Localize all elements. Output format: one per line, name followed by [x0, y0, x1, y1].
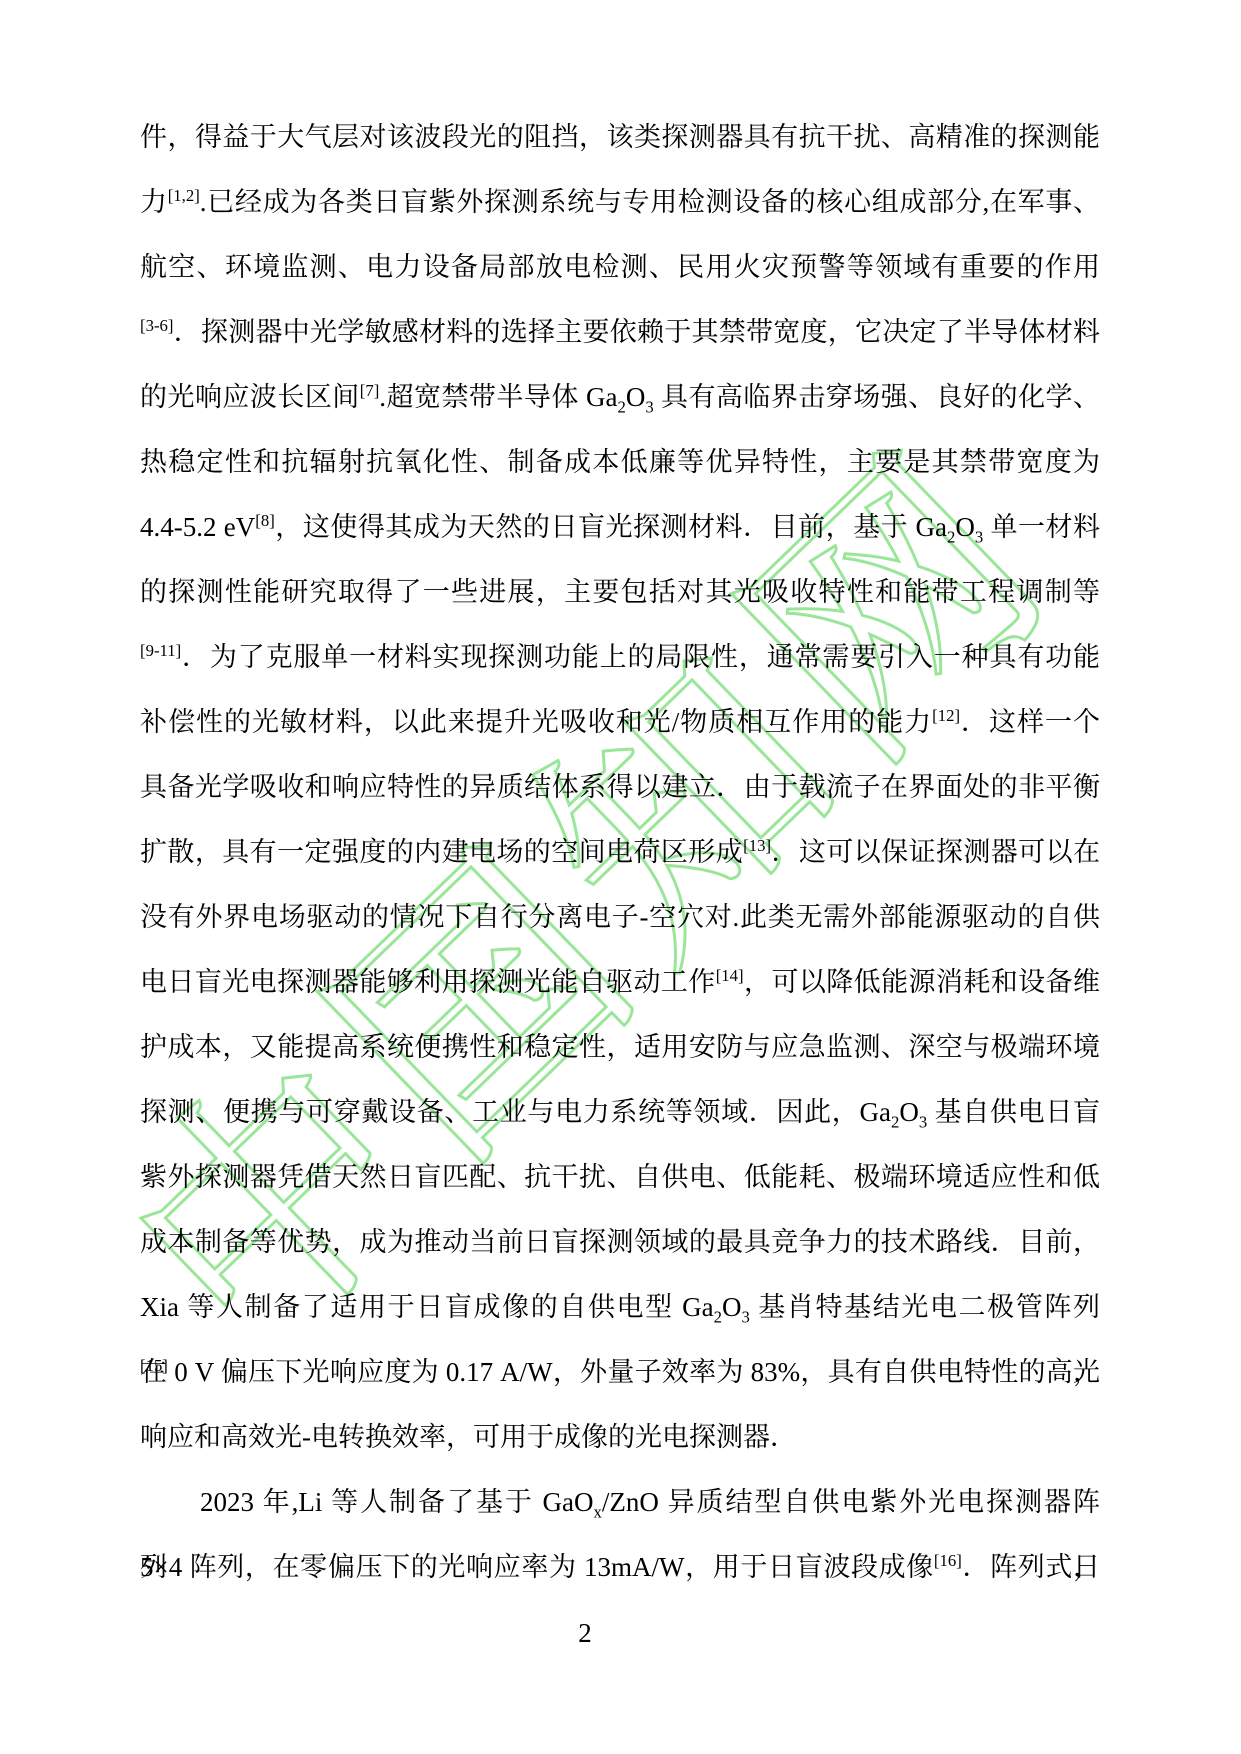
text-run: 电日盲光电探测器能够利用探测光能自驱动工作	[140, 967, 716, 997]
text-line: 5×4 阵列，在零偏压下的光响应率为 13mA/W，用于日盲波段成像[16]．阵…	[140, 1535, 1100, 1600]
text-line: 热稳定性和抗辐射抗氧化性、制备成本低廉等优异特性，主要是其禁带宽度为	[140, 430, 1100, 495]
text-run: 探测、便携与可穿戴设备、工业与电力系统等领域．因此，Ga	[140, 1097, 891, 1127]
chemical-subscript: 3	[975, 527, 983, 546]
text-line: 响应和高效光-电转换效率，可用于成像的光电探测器．	[140, 1405, 1100, 1470]
text-run: ．探测器中光学敏感材料的选择主要依赖于其禁带宽度，它决定了半导体材料	[173, 317, 1100, 347]
text-run: 补偿性的光敏材料，以此来提升光吸收和光/物质相互作用的能力	[140, 707, 932, 737]
text-run: 4.4-5.2 eV	[140, 512, 255, 542]
text-run: O	[626, 382, 646, 412]
citation-superscript: [3-6]	[140, 316, 173, 335]
text-run: 基自供电日盲	[927, 1097, 1100, 1127]
chemical-subscript: 2	[618, 397, 626, 416]
text-run: 的探测性能研究取得了一些进展，主要包括对其光吸收特性和能带工程调制等	[140, 577, 1100, 607]
text-run: 单一材料	[983, 512, 1100, 542]
text-run: 紫外探测器凭借天然日盲匹配、抗干扰、自供电、低能耗、极端环境适应性和低	[140, 1162, 1100, 1192]
citation-superscript: [8]	[255, 511, 275, 530]
text-line: 的探测性能研究取得了一些进展，主要包括对其光吸收特性和能带工程调制等	[140, 560, 1100, 625]
text-line: 紫外探测器凭借天然日盲匹配、抗干扰、自供电、低能耗、极端环境适应性和低	[140, 1145, 1100, 1210]
text-run: 成本制备等优势，成为推动当前日盲探测领域的最具竞争力的技术路线．目前，	[140, 1227, 1100, 1257]
text-line: 成本制备等优势，成为推动当前日盲探测领域的最具竞争力的技术路线．目前，	[140, 1210, 1100, 1275]
document-page: 中国知网 件，得益于大气层对该波段光的阻挡，该类探测器具有抗干扰、高精准的探测能…	[0, 0, 1241, 1754]
citation-superscript: [9-11]	[140, 641, 181, 660]
citation-superscript: [16]	[934, 1551, 962, 1570]
text-line: 具备光学吸收和响应特性的异质结体系得以建立．由于载流子在界面处的非平衡	[140, 755, 1100, 820]
text-line: 4.4-5.2 eV[8]，这使得其成为天然的日盲光探测材料．目前，基于 Ga2…	[140, 495, 1100, 560]
text-run: 护成本，又能提高系统便携性和稳定性，适用安防与应急监测、深空与极端环境	[140, 1032, 1100, 1062]
chemical-subscript: 3	[645, 397, 653, 416]
text-run: 热稳定性和抗辐射抗氧化性、制备成本低廉等优异特性，主要是其禁带宽度为	[140, 447, 1100, 477]
text-run: 航空、环境监测、电力设备局部放电检测、民用火灾预警等领域有重要的作用	[140, 252, 1100, 282]
text-run: ．这可以保证探测器可以在	[771, 837, 1100, 867]
citation-superscript: [12]	[932, 706, 960, 725]
text-run: 2023 年,Li 等人制备了基于 GaO	[200, 1487, 594, 1517]
text-run: O	[955, 512, 975, 542]
text-run: 的光响应波长区间	[140, 382, 360, 412]
text-line: [9-11]．为了克服单一材料实现探测功能上的局限性，通常需要引入一种具有功能	[140, 625, 1100, 690]
text-line: 补偿性的光敏材料，以此来提升光吸收和光/物质相互作用的能力[12]．这样一个	[140, 690, 1100, 755]
citation-superscript: [7]	[360, 381, 380, 400]
citation-superscript: [13]	[743, 836, 771, 855]
text-line: 在 0 V 偏压下光响应度为 0.17 A/W，外量子效率为 83%，具有自供电…	[140, 1340, 1100, 1405]
text-line: 的光响应波长区间[7].超宽禁带半导体 Ga2O3 具有高临界击穿场强、良好的化…	[140, 365, 1100, 430]
text-line: [3-6]．探测器中光学敏感材料的选择主要依赖于其禁带宽度，它决定了半导体材料	[140, 300, 1100, 365]
text-run: Xia 等人制备了适用于日盲成像的自供电型 Ga	[140, 1292, 714, 1322]
text-line: 探测、便携与可穿戴设备、工业与电力系统等领域．因此，Ga2O3 基自供电日盲	[140, 1080, 1100, 1145]
text-line: 扩散，具有一定强度的内建电场的空间电荷区形成[13]．这可以保证探测器可以在	[140, 820, 1100, 885]
text-line: 件，得益于大气层对该波段光的阻挡，该类探测器具有抗干扰、高精准的探测能	[140, 105, 1100, 170]
text-run: .已经成为各类日盲紫外探测系统与专用检测设备的核心组成部分,在军事、	[200, 187, 1100, 217]
text-run: 没有外界电场驱动的情况下自行分离电子-空穴对.此类无需外部能源驱动的自供	[140, 902, 1100, 932]
text-line: 力[1,2].已经成为各类日盲紫外探测系统与专用检测设备的核心组成部分,在军事、	[140, 170, 1100, 235]
text-run: 具备光学吸收和响应特性的异质结体系得以建立．由于载流子在界面处的非平衡	[140, 772, 1100, 802]
text-run: 响应和高效光-电转换效率，可用于成像的光电探测器．	[140, 1422, 797, 1452]
text-line: 电日盲光电探测器能够利用探测光能自驱动工作[14]，可以降低能源消耗和设备维	[140, 950, 1100, 1015]
chemical-subscript: 3	[742, 1307, 750, 1326]
text-line: 没有外界电场驱动的情况下自行分离电子-空穴对.此类无需外部能源驱动的自供	[140, 885, 1100, 950]
text-run: .超宽禁带半导体 Ga	[379, 382, 617, 412]
text-run: ，可以降低能源消耗和设备维	[744, 967, 1100, 997]
text-run: ，这使得其成为天然的日盲光探测材料．目前，基于 Ga	[275, 512, 947, 542]
text-run: ．为了克服单一材料实现探测功能上的局限性，通常需要引入一种具有功能	[181, 642, 1100, 672]
text-run: ．这样一个	[960, 707, 1100, 737]
text-run: 基肖特基结光电二极管阵列	[750, 1292, 1100, 1322]
text-line: 2023 年,Li 等人制备了基于 GaOx/ZnO 异质结型自供电紫外光电探测…	[140, 1470, 1100, 1535]
citation-superscript: [1,2]	[168, 186, 200, 205]
text-line: Xia 等人制备了适用于日盲成像的自供电型 Ga2O3 基肖特基结光电二极管阵列…	[140, 1275, 1100, 1340]
text-block: 件，得益于大气层对该波段光的阻挡，该类探测器具有抗干扰、高精准的探测能力[1,2…	[140, 105, 1100, 1600]
page-number: 2	[0, 1618, 1170, 1649]
chemical-subscript: x	[594, 1502, 602, 1521]
text-run: 具有高临界击穿场强、良好的化学、	[654, 382, 1100, 412]
chemical-subscript: 3	[919, 1112, 927, 1131]
text-run: O	[899, 1097, 919, 1127]
text-run: O	[722, 1292, 742, 1322]
text-run: 件，得益于大气层对该波段光的阻挡，该类探测器具有抗干扰、高精准的探测能	[140, 122, 1100, 152]
text-run: 力	[140, 187, 168, 217]
text-run: 5×4 阵列，在零偏压下的光响应率为 13mA/W，用于日盲波段成像	[140, 1552, 934, 1582]
text-run: 在 0 V 偏压下光响应度为 0.17 A/W，外量子效率为 83%，具有自供电…	[140, 1357, 1100, 1387]
chemical-subscript: 2	[714, 1307, 722, 1326]
text-line: 护成本，又能提高系统便携性和稳定性，适用安防与应急监测、深空与极端环境	[140, 1015, 1100, 1080]
citation-superscript: [14]	[716, 966, 744, 985]
text-run: ．阵列式日	[962, 1552, 1100, 1582]
text-run: 扩散，具有一定强度的内建电场的空间电荷区形成	[140, 837, 743, 867]
text-line: 航空、环境监测、电力设备局部放电检测、民用火灾预警等领域有重要的作用	[140, 235, 1100, 300]
